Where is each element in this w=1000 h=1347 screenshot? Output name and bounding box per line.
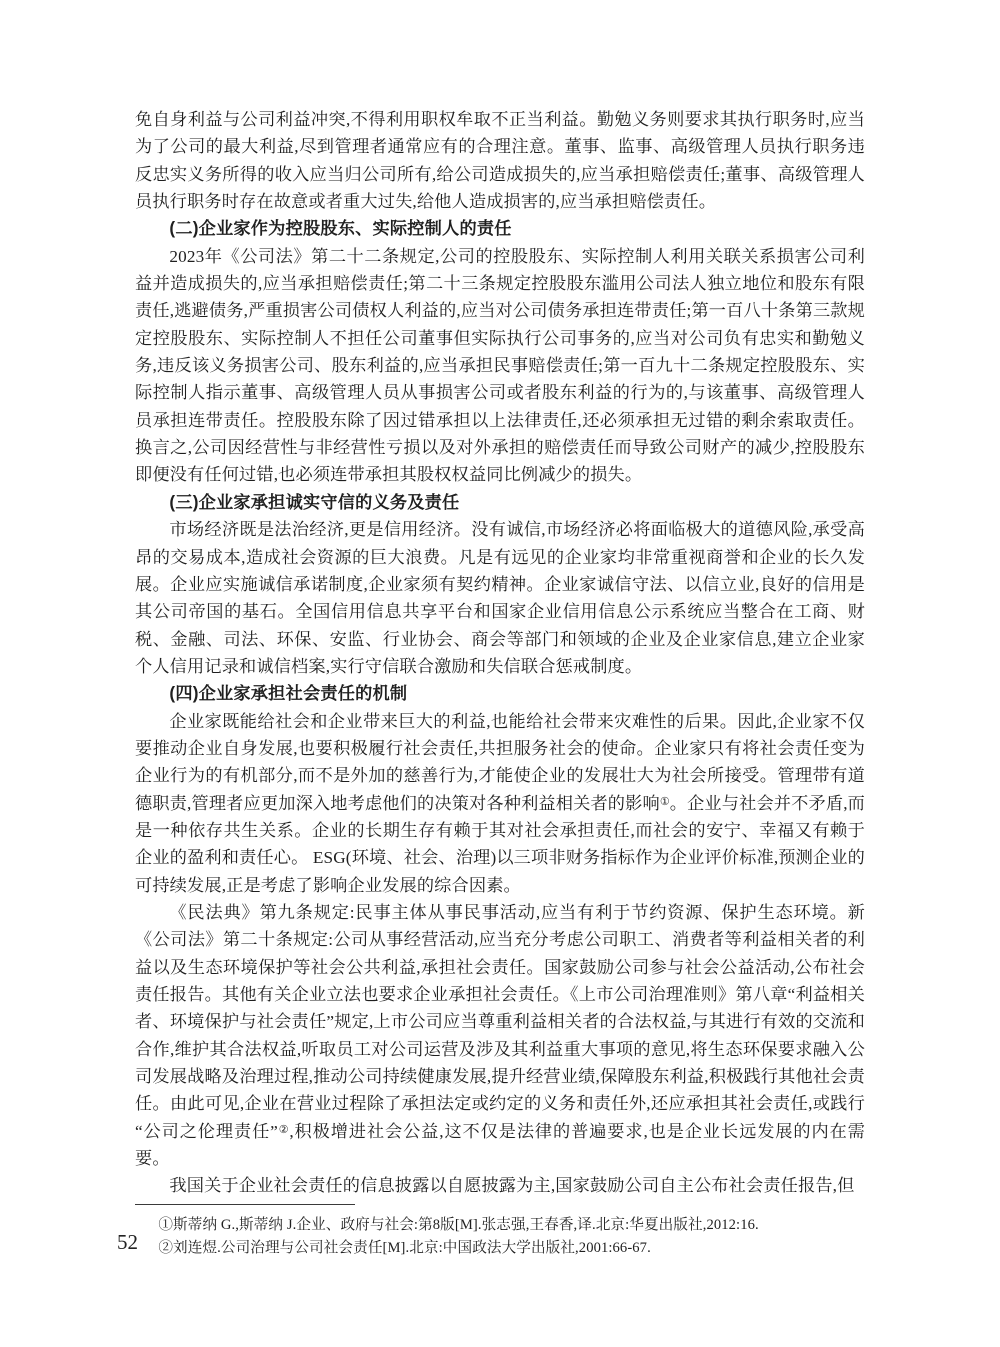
paragraph: 企业家既能给社会和企业带来巨大的利益,也能给社会带来灾难性的后果。因此,企业家不… (135, 708, 865, 899)
section-heading: (二)企业家作为控股股东、实际控制人的责任 (135, 215, 865, 242)
footnote-ref: ① (660, 796, 670, 808)
paragraph: 《民法典》第九条规定:民事主体从事民事活动,应当有利于节约资源、保护生态环境。新… (135, 899, 865, 1172)
footnote: ②刘连煜.公司治理与公司社会责任[M].北京:中国政法大学出版社,2001:66… (135, 1237, 865, 1260)
footnotes: ①斯蒂纳 G.,斯蒂纳 J.企业、政府与社会:第8版[M].张志强,王春香,译.… (135, 1214, 865, 1260)
page-number: 52 (117, 1229, 138, 1255)
section-heading: (四)企业家承担社会责任的机制 (135, 680, 865, 707)
footnote-separator (135, 1204, 355, 1205)
paragraph: 2023年《公司法》第二十二条规定,公司的控股股东、实际控制人利用关联关系损害公… (135, 243, 865, 489)
footnote: ①斯蒂纳 G.,斯蒂纳 J.企业、政府与社会:第8版[M].张志强,王春香,译.… (135, 1214, 865, 1237)
paragraph: 免自身利益与公司利益冲突,不得利用职权牟取不正当利益。勤勉义务则要求其执行职务时… (135, 106, 865, 215)
paragraph: 市场经济既是法治经济,更是信用经济。没有诚信,市场经济必将面临极大的道德风险,承… (135, 516, 865, 680)
document-page: 免自身利益与公司利益冲突,不得利用职权牟取不正当利益。勤勉义务则要求其执行职务时… (0, 0, 1000, 1347)
section-heading: (三)企业家承担诚实守信的义务及责任 (135, 489, 865, 516)
page-content: 免自身利益与公司利益冲突,不得利用职权牟取不正当利益。勤勉义务则要求其执行职务时… (135, 106, 865, 1260)
body-text: 免自身利益与公司利益冲突,不得利用职权牟取不正当利益。勤勉义务则要求其执行职务时… (135, 106, 865, 1200)
paragraph: 我国关于企业社会责任的信息披露以自愿披露为主,国家鼓励公司自主公布社会责任报告,… (135, 1172, 865, 1199)
footnote-ref: ② (278, 1124, 289, 1136)
